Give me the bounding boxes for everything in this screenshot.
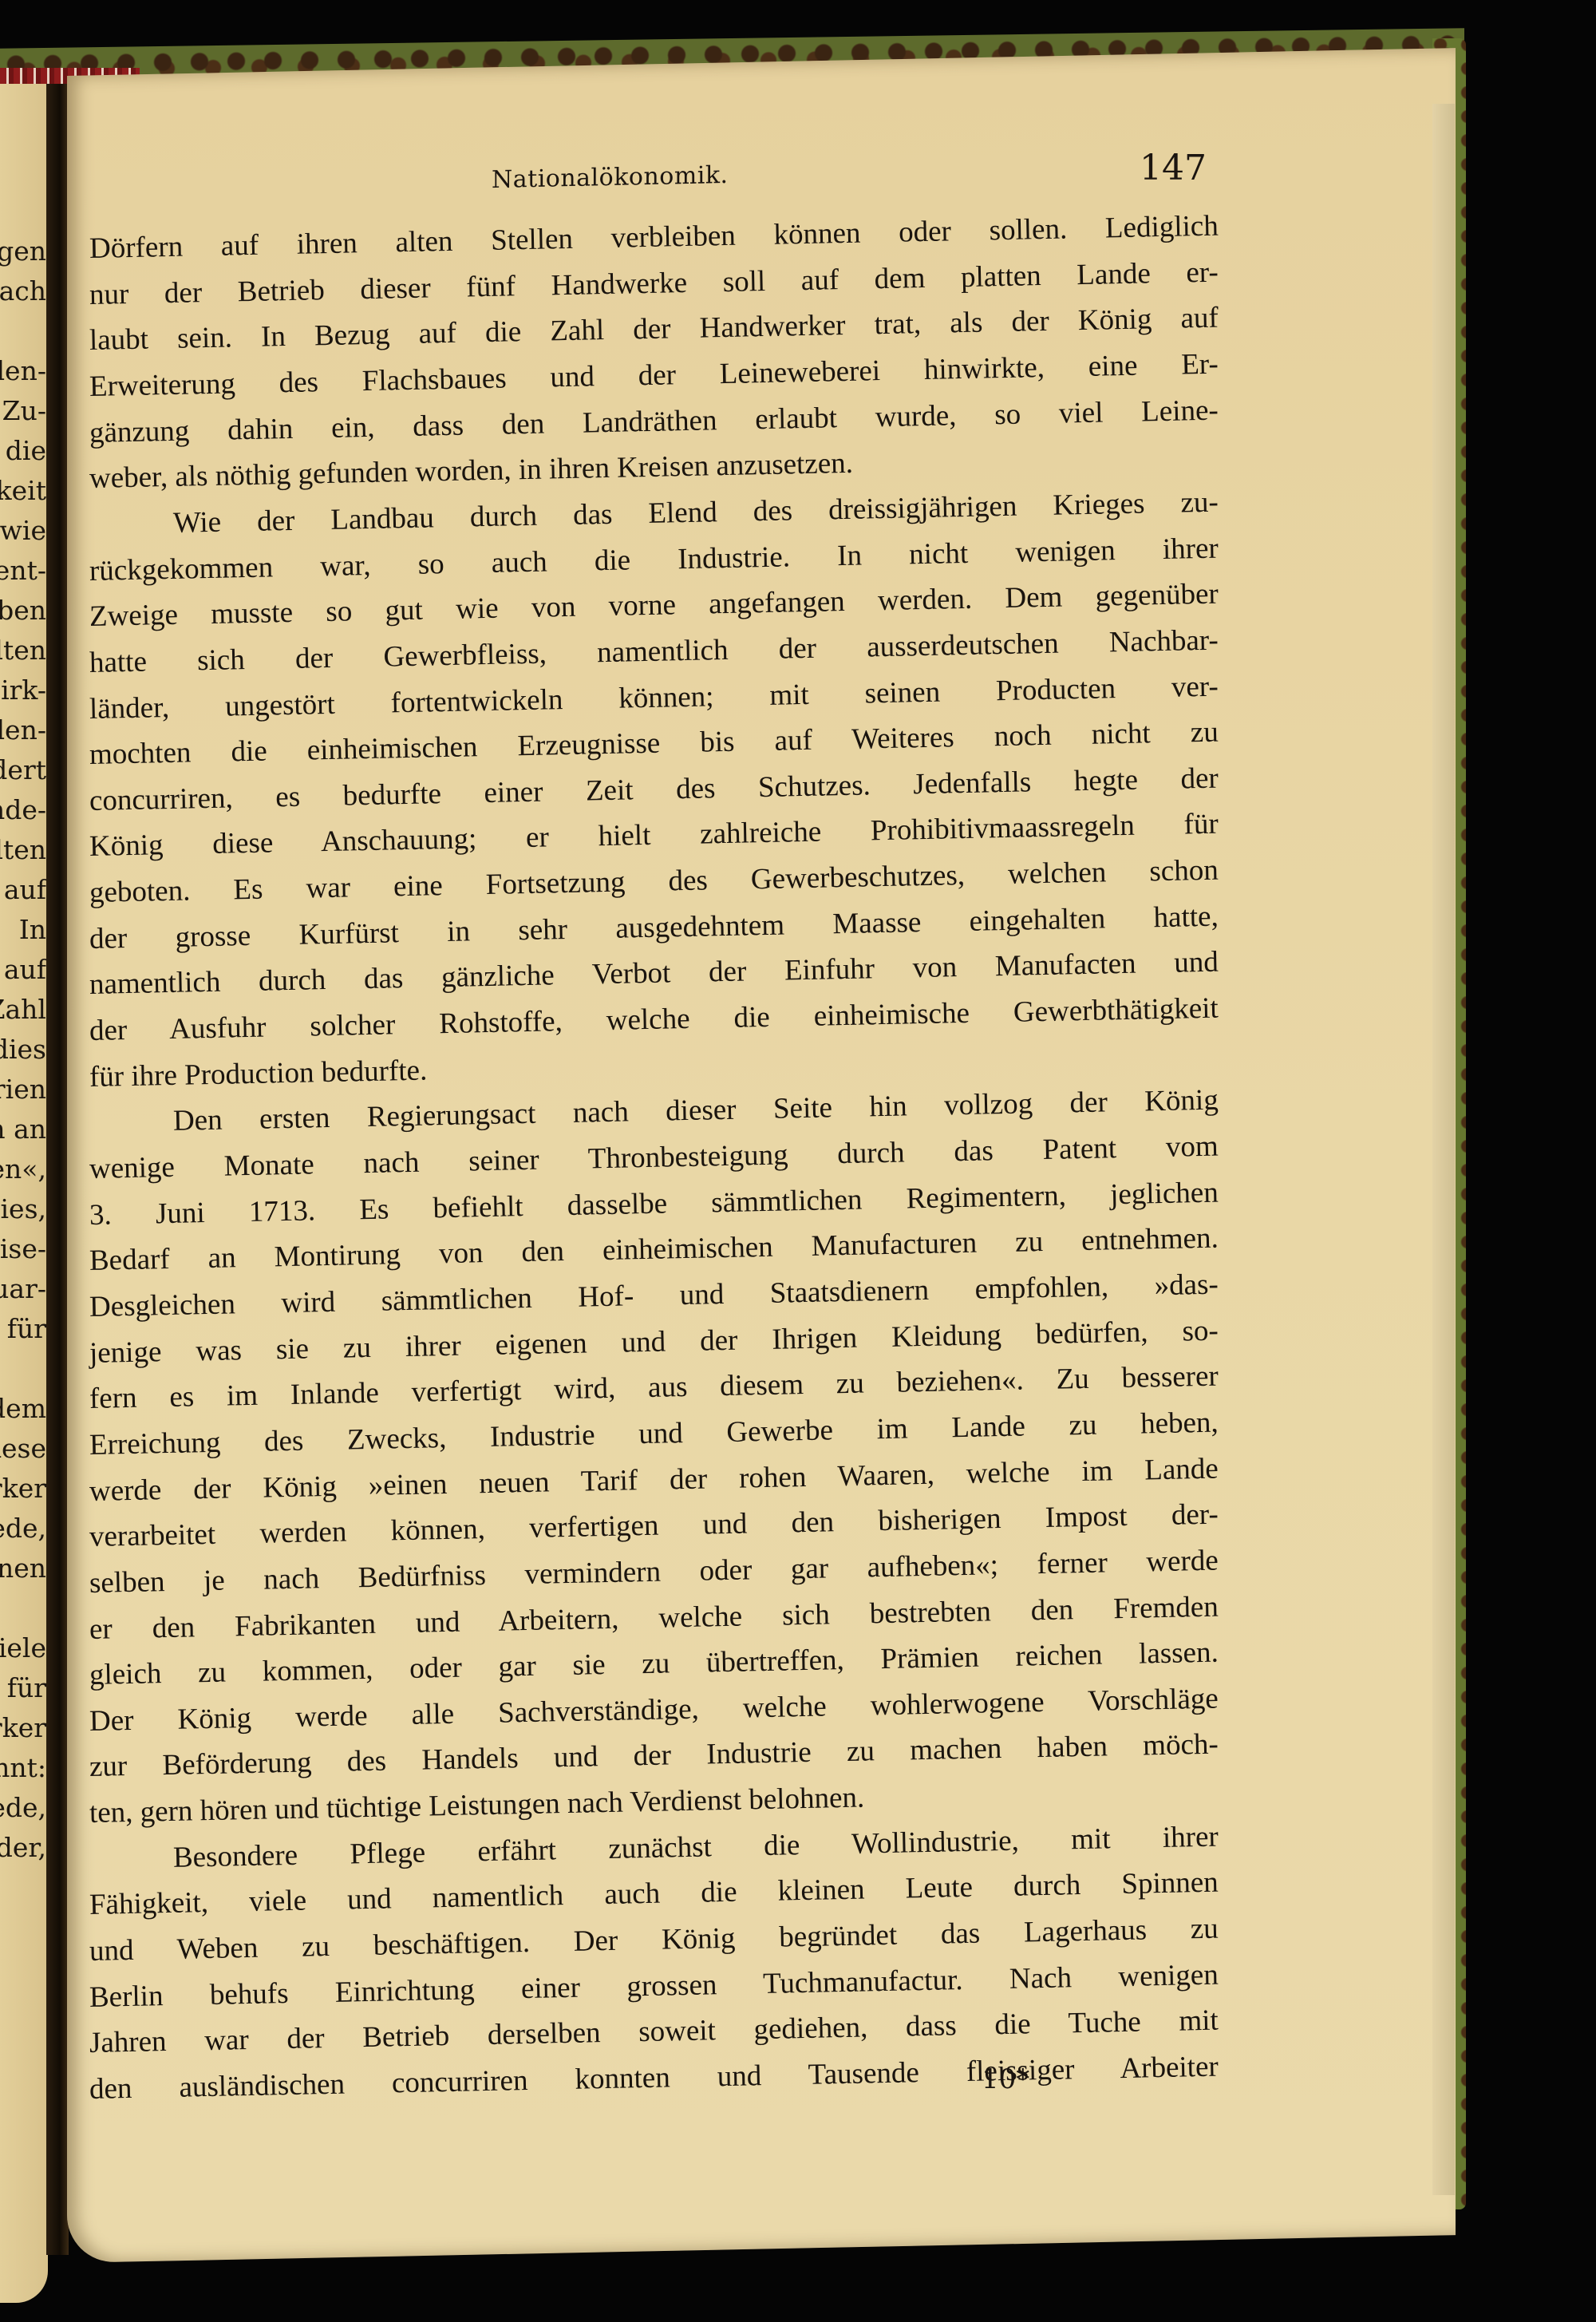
left-page-fragment: dem	[0, 1393, 46, 1424]
left-page-fragment: dies	[0, 1034, 46, 1065]
left-page-fragment: auf	[4, 874, 46, 905]
left-page-fragment: eise-	[0, 1233, 46, 1264]
left-page-fragment: die	[6, 435, 46, 466]
left-page-fragment: In	[19, 914, 46, 945]
left-page-fragment: dten	[0, 635, 46, 666]
left-page-fragment: eies,	[0, 1193, 46, 1224]
left-page-fragment: n an	[0, 1114, 46, 1145]
left-page-fragment: iede,	[0, 1792, 46, 1823]
left-page-fragment: Zahl	[0, 994, 46, 1025]
left-page-fragment: keit	[0, 475, 46, 506]
left-page-fragment: uar-	[0, 1273, 46, 1304]
left-page: ngennachden-Zu-diekeitwieent-rbendtenirk…	[0, 84, 48, 2303]
left-page-fragment: st für	[0, 1672, 46, 1703]
signature-mark: 10*	[982, 2063, 1029, 2095]
book-gutter	[46, 84, 69, 2255]
left-page-fragment: den-	[0, 714, 46, 746]
left-page-fragment: eder,	[0, 1832, 46, 1863]
left-page-fragment: Zu-	[2, 395, 46, 426]
left-page-fragment: den-	[0, 355, 46, 386]
left-page-fragment: Diese	[0, 1433, 46, 1464]
left-page-fragment: irk-	[1, 674, 46, 706]
left-page-fragment: g für	[0, 1313, 46, 1344]
left-page-fragment: nde-	[0, 794, 46, 825]
left-page-fragment: lnen	[0, 1553, 46, 1584]
left-page-fragment: auf	[4, 954, 46, 985]
left-page-fragment: ten«,	[0, 1153, 46, 1185]
left-page-fragment: ent-	[0, 555, 46, 586]
page-number: 147	[1140, 148, 1207, 188]
left-page-fragment: erker	[0, 1712, 46, 1743]
running-head: Nationalökonomik.	[492, 161, 729, 194]
left-page-fragment: wie	[0, 515, 46, 546]
left-page-fragment: rben	[0, 595, 46, 626]
page-edges	[1432, 104, 1455, 2195]
left-page-fragment: ngen	[0, 235, 46, 267]
left-page-fragment: annt:	[0, 1752, 46, 1783]
left-page-fragment: dert	[0, 754, 46, 785]
left-page-fragment: rien	[0, 1074, 46, 1105]
left-page-fragment: nach	[0, 275, 46, 307]
left-page-fragment: viele	[0, 1632, 46, 1663]
left-page-fragment: ede,	[0, 1513, 46, 1544]
left-page-fragment: dten	[0, 834, 46, 865]
left-page-fragment: erker	[0, 1473, 46, 1504]
